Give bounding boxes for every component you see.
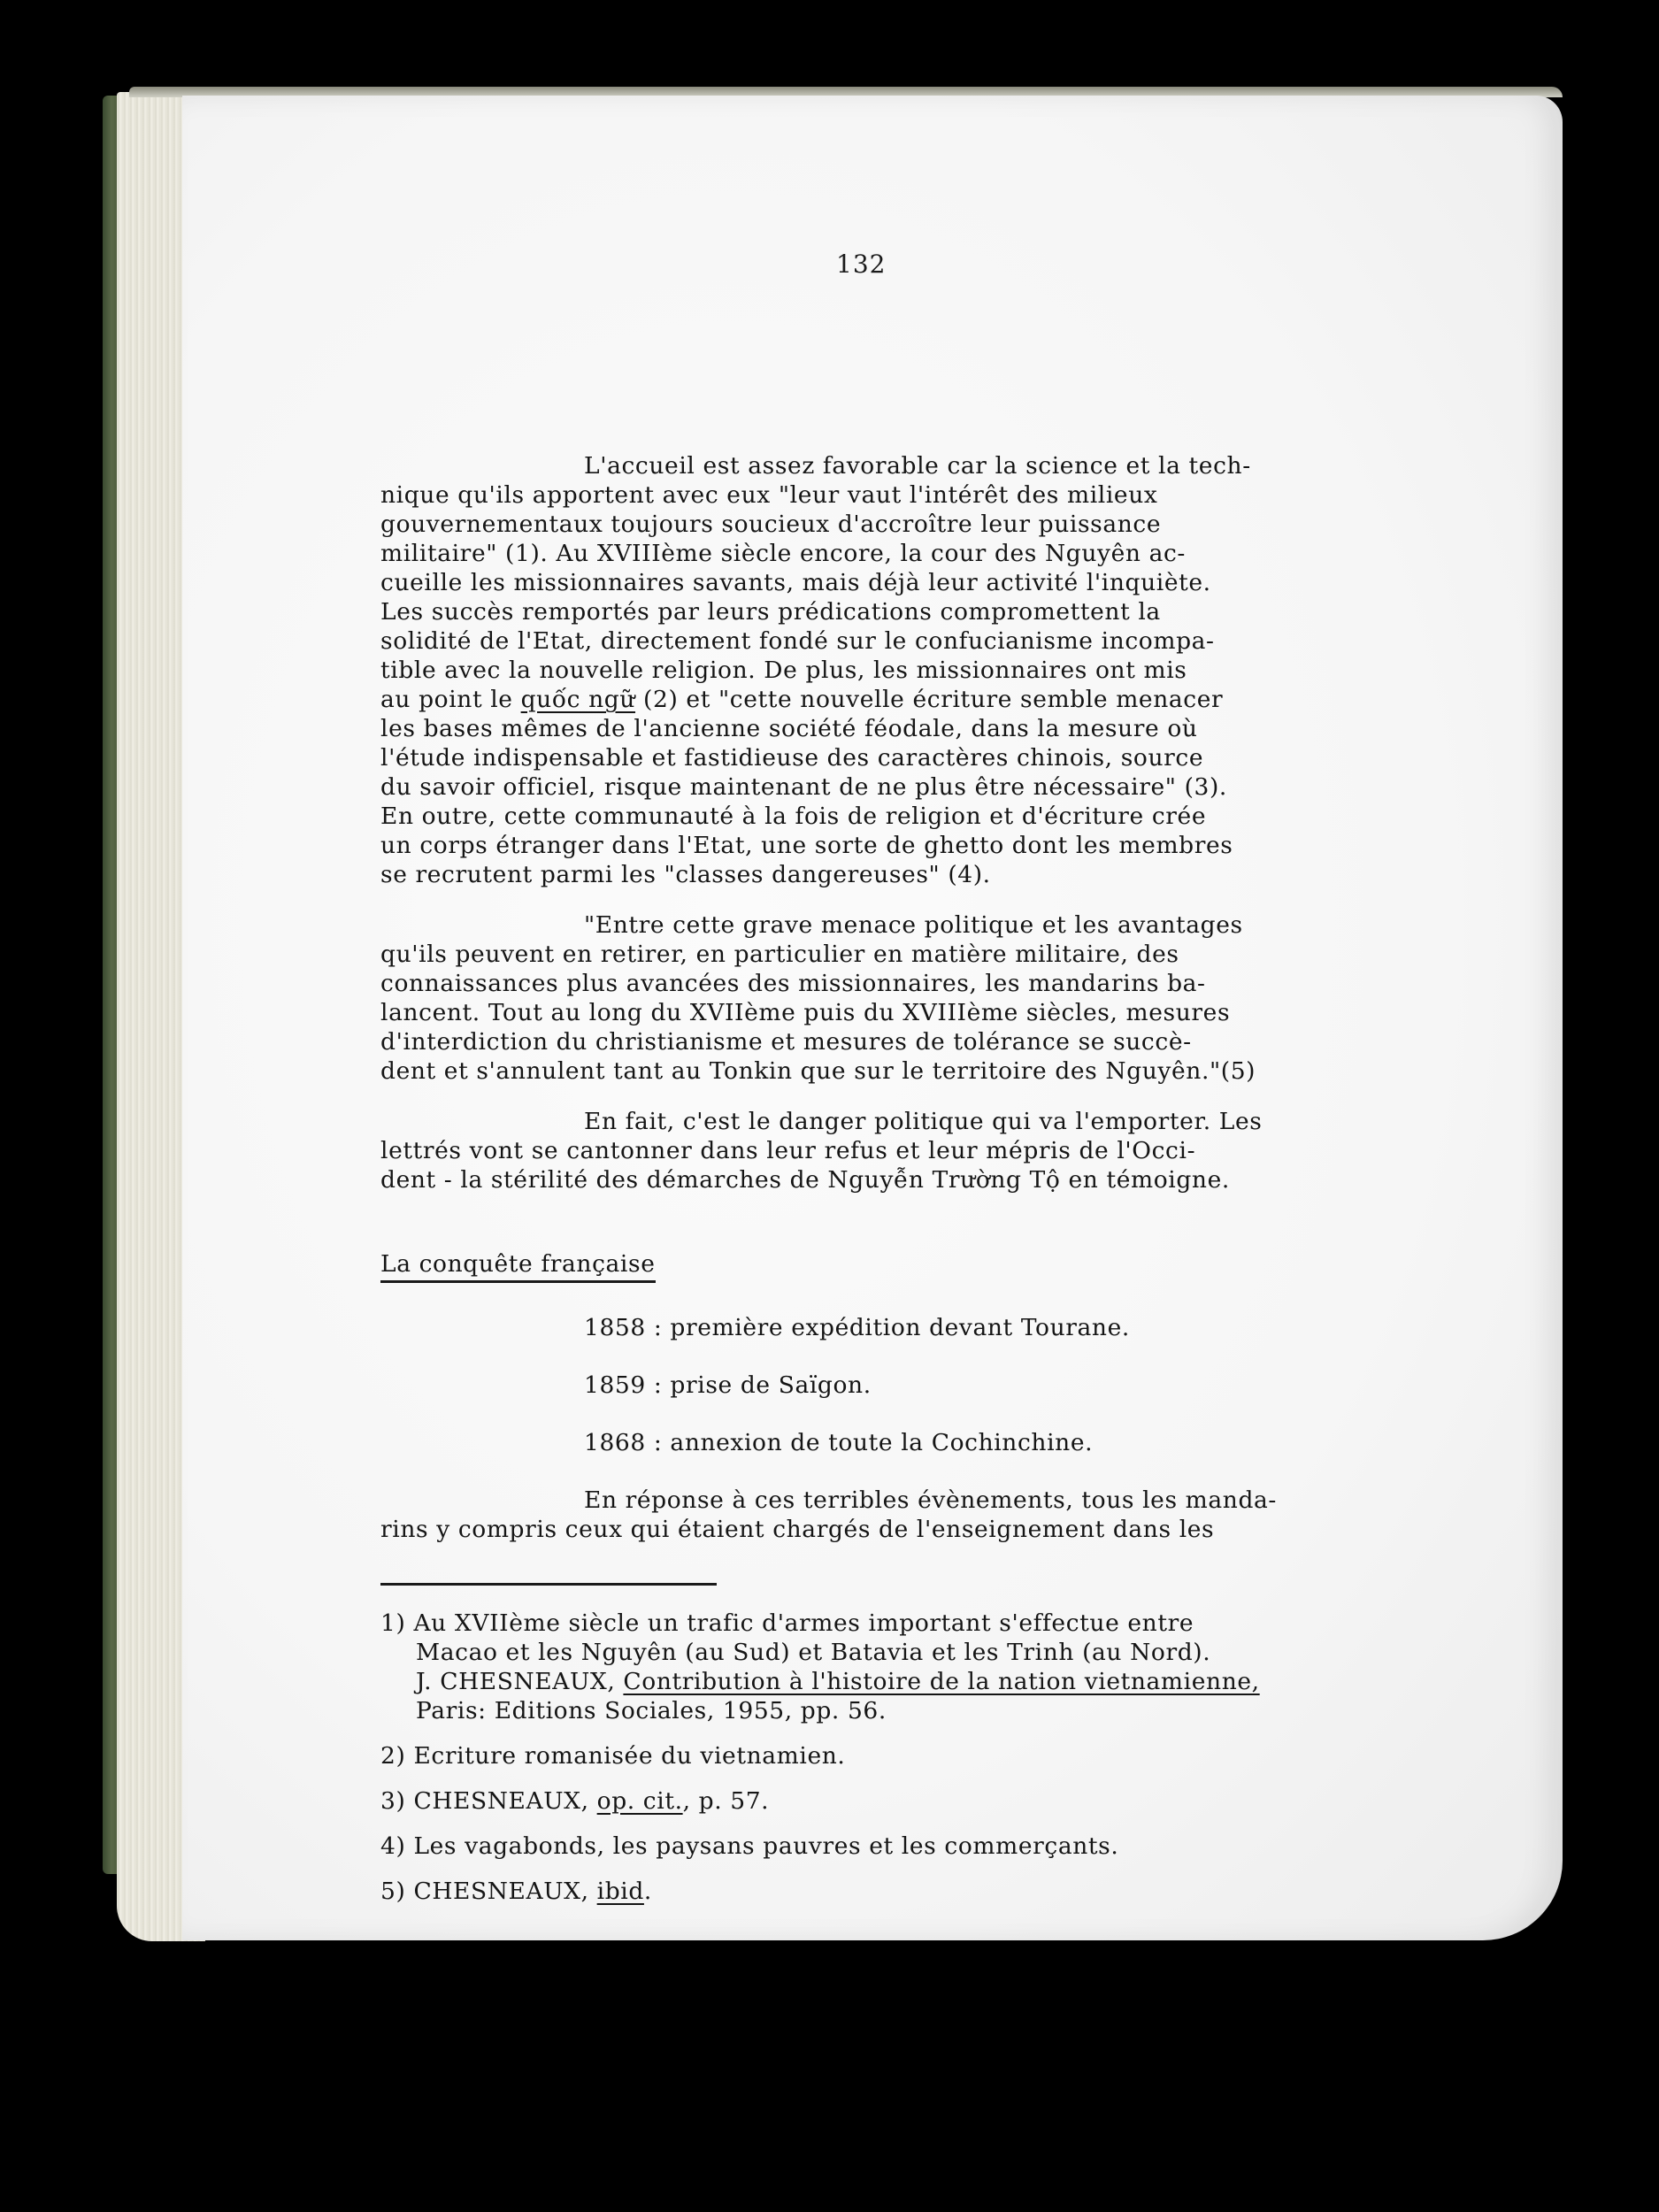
text-line: En outre, cette communauté à la fois de … (380, 802, 1513, 831)
page-body: L'accueil est assez favorable car la sci… (380, 451, 1513, 1922)
timeline-event: 1858 : première expédition devant Touran… (380, 1313, 1513, 1342)
footnote-text: . (644, 1878, 652, 1905)
paragraph-accueil: L'accueil est assez favorable car la sci… (380, 451, 1513, 889)
text-line: se recrutent parmi les "classes dangereu… (380, 860, 1513, 889)
footnote-text: Au XVIIème siècle un trafic d'armes impo… (413, 1609, 1194, 1637)
footnote-number: 2) (380, 1741, 405, 1770)
text-line: lancent. Tout au long du XVIIème puis du… (380, 998, 1513, 1027)
text-line: les bases mêmes de l'ancienne société fé… (380, 714, 1513, 743)
section-heading: La conquête française (380, 1249, 656, 1283)
text-line: au point le quốc ngữ (2) et "cette nouve… (380, 685, 1513, 714)
footnote-text: , p. 57. (683, 1787, 770, 1815)
timeline-event: 1859 : prise de Saïgon. (380, 1371, 1513, 1400)
footnote-number: 3) (380, 1786, 405, 1816)
timeline-event: 1868 : annexion de toute la Cochinchine. (380, 1428, 1513, 1457)
text-line: connaissances plus avancées des missionn… (380, 969, 1513, 998)
text-line: solidité de l'Etat, directement fondé su… (380, 626, 1513, 656)
footnote-text: Ecriture romanisée du vietnamien. (413, 1742, 845, 1770)
text-line: "Entre cette grave menace politique et l… (380, 910, 1513, 940)
footnote-text: Les vagabonds, les paysans pauvres et le… (413, 1832, 1118, 1860)
paragraph-quotation: "Entre cette grave menace politique et l… (380, 910, 1513, 1086)
footnote-text: CHESNEAUX, (413, 1787, 596, 1815)
footnote-text: Paris: Editions Sociales, 1955, pp. 56. (380, 1696, 1513, 1725)
text-line: qu'ils peuvent en retirer, en particulie… (380, 940, 1513, 969)
footnote-4: 4) Les vagabonds, les paysans pauvres et… (380, 1832, 1513, 1861)
text-fragment: au point le (380, 686, 521, 713)
text-line: rins y compris ceux qui étaient chargés … (380, 1515, 1513, 1544)
text-line: En réponse à ces terribles évènements, t… (380, 1486, 1513, 1515)
footnote-citation: J. CHESNEAUX, Contribution à l'histoire … (380, 1667, 1513, 1696)
footnote-number: 5) (380, 1877, 405, 1906)
citation-author: J. CHESNEAUX, (416, 1668, 623, 1695)
text-line: dent - la stérilité des démarches de Ngu… (380, 1165, 1513, 1194)
text-line: d'interdiction du christianisme et mesur… (380, 1027, 1513, 1056)
underlined-ibid: ibid (597, 1878, 644, 1905)
footnote-text: CHESNEAUX, (413, 1878, 596, 1905)
footnote-number: 1) (380, 1609, 405, 1638)
text-line: tible avec la nouvelle religion. De plus… (380, 656, 1513, 685)
citation-title: Contribution à l'histoire de la nation v… (623, 1668, 1259, 1695)
text-line: l'étude indispensable et fastidieuse des… (380, 743, 1513, 772)
text-fragment: (2) et "cette nouvelle écriture semble m… (635, 686, 1223, 713)
footnote-5: 5) CHESNEAUX, ibid. (380, 1877, 1513, 1906)
footnote-3: 3) CHESNEAUX, op. cit., p. 57. (380, 1786, 1513, 1816)
text-line: du savoir officiel, risque maintenant de… (380, 772, 1513, 802)
paragraph-danger-politique: En fait, c'est le danger politique qui v… (380, 1107, 1513, 1194)
footnote-number: 4) (380, 1832, 405, 1861)
text-line: dent et s'annulent tant au Tonkin que su… (380, 1056, 1513, 1086)
underlined-op-cit: op. cit. (597, 1787, 683, 1815)
text-line: gouvernementaux toujours soucieux d'accr… (380, 510, 1513, 539)
text-line: cueille les missionnaires savants, mais … (380, 568, 1513, 597)
text-line: En fait, c'est le danger politique qui v… (380, 1107, 1513, 1136)
text-line: L'accueil est assez favorable car la sci… (380, 451, 1513, 480)
text-line: nique qu'ils apportent avec eux "leur va… (380, 480, 1513, 510)
footnote-text: Macao et les Nguyên (au Sud) et Batavia … (380, 1638, 1513, 1667)
page-number: 132 (836, 250, 886, 279)
paragraph-reponse: En réponse à ces terribles évènements, t… (380, 1486, 1513, 1544)
footnote-1: 1) Au XVIIème siècle un trafic d'armes i… (380, 1609, 1513, 1725)
footnote-separator (380, 1583, 717, 1586)
text-line: lettrés vont se cantonner dans leur refu… (380, 1136, 1513, 1165)
text-line: militaire" (1). Au XVIIIème siècle encor… (380, 539, 1513, 568)
text-line: un corps étranger dans l'Etat, une sorte… (380, 831, 1513, 860)
underlined-term-quoc-ngu: quốc ngữ (521, 686, 635, 713)
footnote-2: 2) Ecriture romanisée du vietnamien. (380, 1741, 1513, 1770)
text-line: Les succès remportés par leurs prédicati… (380, 597, 1513, 626)
